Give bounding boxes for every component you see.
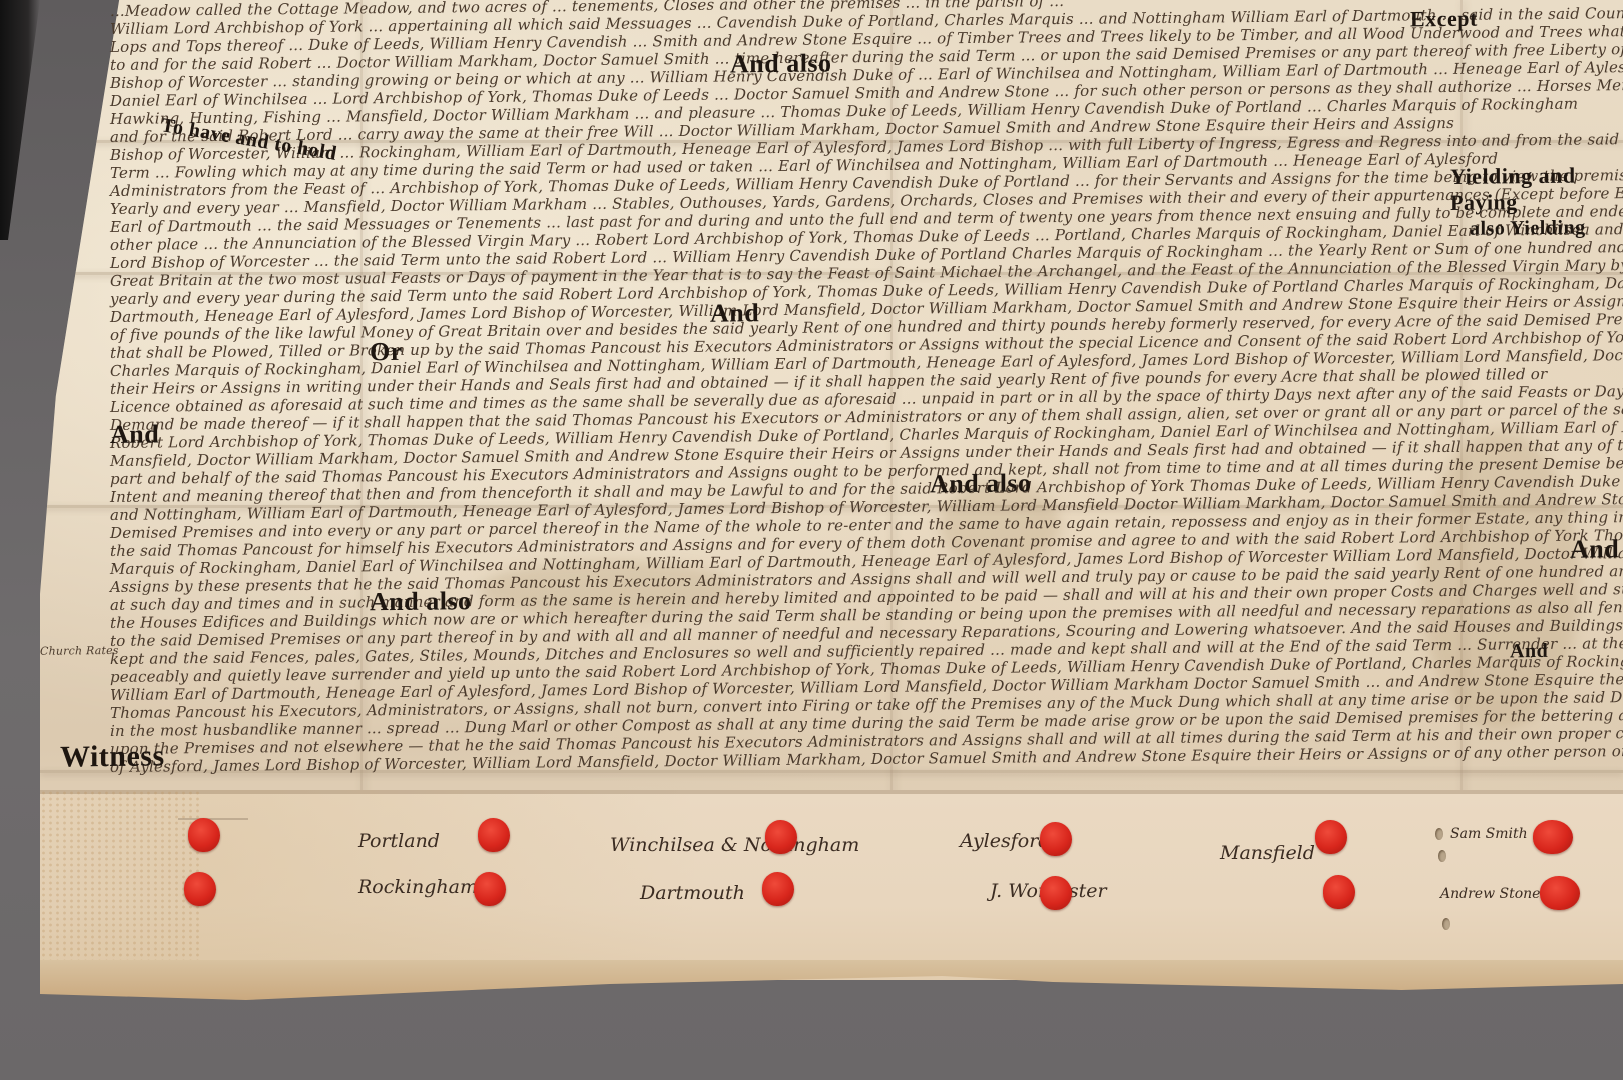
red-wax-seal [1040, 822, 1072, 856]
handwritten-text-body: ...Meadow called the Cottage Meadow, and… [110, 0, 1623, 790]
heading-and: And [110, 419, 159, 450]
heading-and: And [1570, 534, 1619, 565]
heading-and: And [1510, 640, 1548, 663]
signature: Sam Smith [1450, 826, 1528, 842]
red-wax-seal [474, 872, 506, 906]
marginal-note: Church Rates [40, 644, 119, 658]
signature: Rockingham [358, 876, 478, 898]
signature: Dartmouth [640, 882, 745, 904]
heading-or: Or [370, 337, 403, 367]
red-wax-seal [765, 820, 797, 854]
heading-except: Except [1410, 6, 1478, 33]
heading-and: And [710, 298, 759, 329]
pebbled-parchment-texture [40, 790, 200, 980]
fold-crease [40, 790, 1623, 794]
red-wax-seal [1540, 876, 1580, 910]
heading-also-yielding: also Yielding [1470, 217, 1586, 241]
seal-and-signature-band: Portland Rockingham Winchilsea & Notting… [40, 790, 1623, 980]
red-wax-seal [1533, 820, 1573, 854]
punched-hole [1438, 850, 1446, 862]
red-wax-seal [1323, 875, 1355, 909]
heading-and-also: And also [730, 48, 832, 79]
signature: Portland [358, 830, 440, 852]
punched-hole [1442, 918, 1450, 930]
red-wax-seal [184, 872, 216, 906]
signature: Aylesford [960, 830, 1050, 852]
heading-yielding-and-paying: Yielding and Paying [1450, 162, 1623, 216]
punched-hole [1435, 828, 1443, 840]
red-wax-seal [188, 818, 220, 852]
signature: Andrew Stone [1440, 886, 1540, 902]
seal-tag-slot [178, 818, 248, 820]
red-wax-seal [1040, 876, 1072, 910]
red-wax-seal [762, 872, 794, 906]
red-wax-seal [1315, 820, 1347, 854]
heading-witness: Witness [60, 739, 165, 774]
red-wax-seal [478, 818, 510, 852]
signature: Mansfield [1220, 842, 1315, 864]
heading-and-also: And also [370, 586, 472, 617]
signature: Winchilsea & Nottingham [610, 834, 859, 856]
heading-and-also: And also [930, 468, 1032, 499]
